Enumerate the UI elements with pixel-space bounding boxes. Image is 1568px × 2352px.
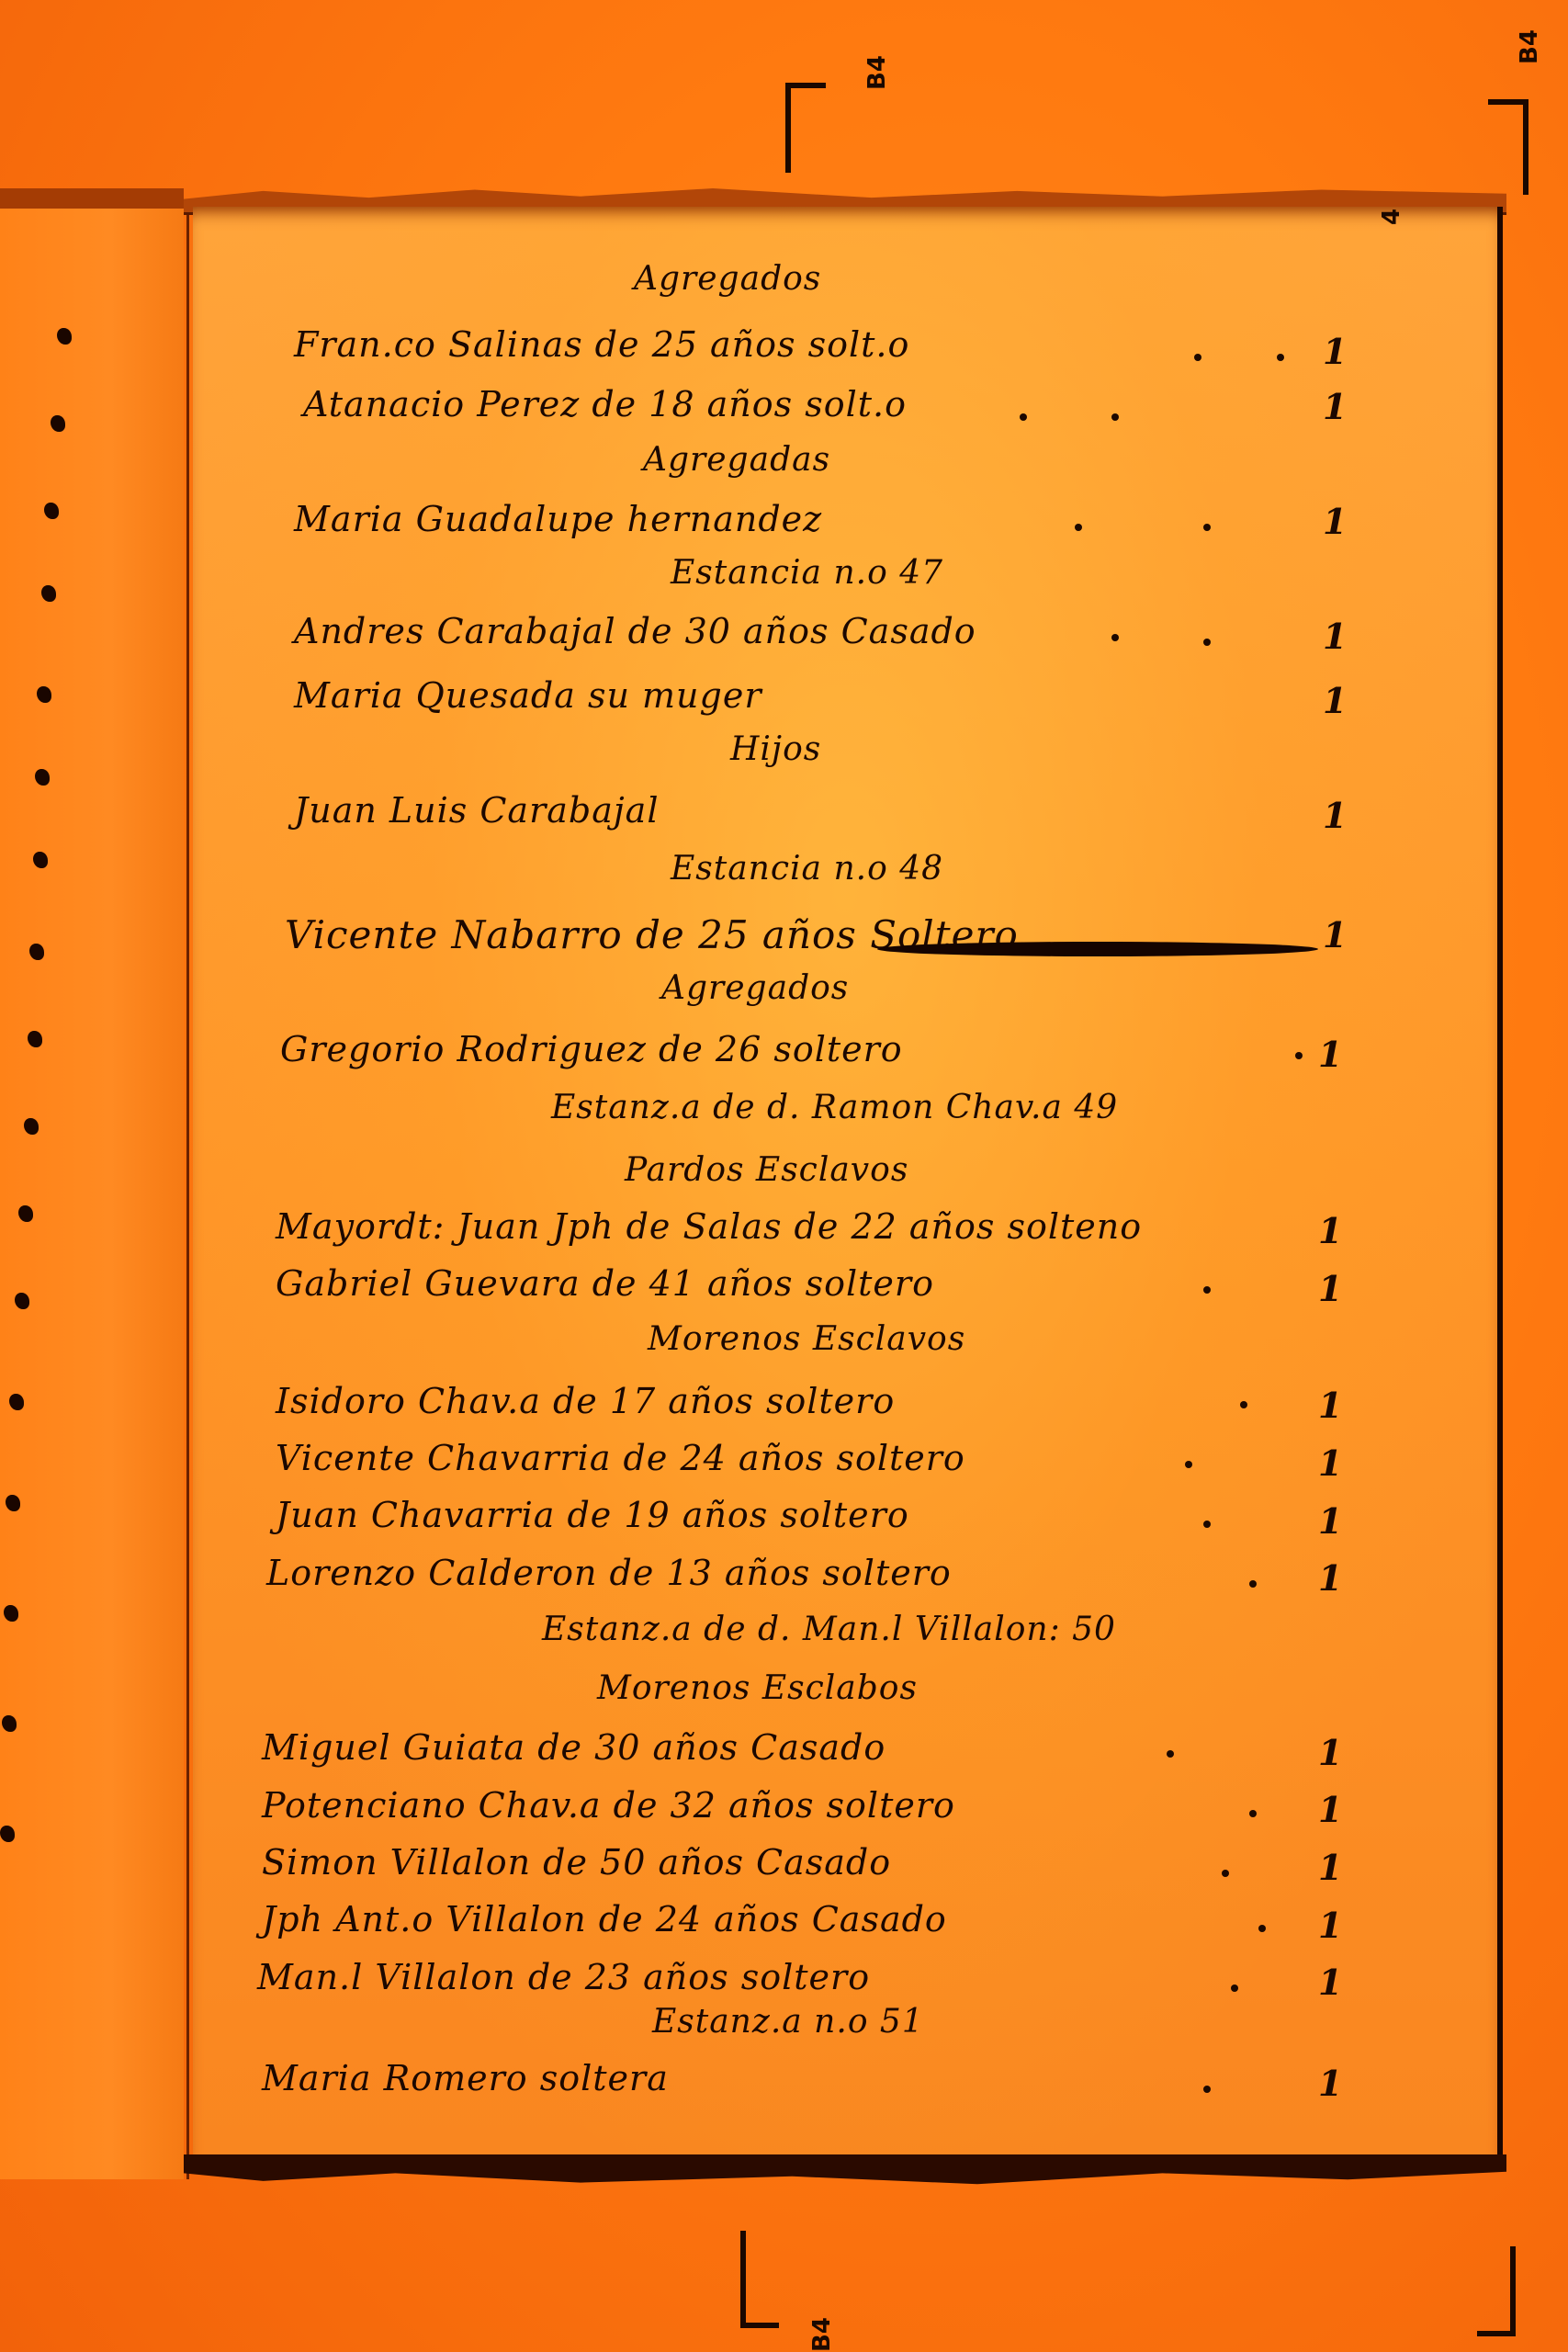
left-page-tally-mark (15, 1293, 29, 1309)
census-entry: Maria Romero soltera (262, 2058, 669, 2098)
tally-mark: 1 (1323, 914, 1347, 955)
census-entry: Jph Ant.o Villalon de 24 años Casado (262, 1899, 947, 1939)
left-page-tally-mark (28, 1031, 42, 1047)
census-entry: Juan Luis Carabajal (294, 790, 659, 831)
section-heading: Agregados (634, 260, 821, 298)
frame-mark-bottom-left (740, 2231, 779, 2328)
ditto-dot (1185, 1461, 1192, 1468)
tally-mark: 1 (1323, 386, 1347, 427)
tally-mark: 1 (1318, 1557, 1342, 1599)
tally-mark: 1 (1318, 1962, 1342, 2003)
ditto-dot (1249, 1810, 1257, 1817)
tally-mark: 1 (1323, 331, 1347, 372)
section-heading: Agregados (661, 969, 849, 1007)
census-entry: Lorenzo Calderon de 13 años soltero (266, 1553, 952, 1593)
tally-mark: 1 (1323, 616, 1347, 657)
census-entry: Man.l Villalon de 23 años soltero (257, 1957, 870, 1997)
frame-mark-top-right (1488, 99, 1529, 195)
tally-mark: 1 (1318, 1385, 1342, 1426)
census-entry: Mayordt: Juan Jph de Salas de 22 años so… (276, 1206, 1142, 1247)
census-entry: Miguel Guiata de 30 años Casado (262, 1727, 886, 1768)
ditto-dot (1111, 413, 1119, 421)
left-page-tally-mark (4, 1605, 18, 1622)
ditto-dot (1249, 1580, 1257, 1588)
census-entry: Fran.co Salinas de 25 años solt.o (294, 324, 909, 365)
left-page-tally-mark (29, 944, 44, 960)
section-heading: Estanz.a de d. Ramon Chav.a 49 (551, 1089, 1118, 1126)
left-page-tally-mark (37, 686, 51, 703)
census-entry: Potenciano Chav.a de 32 años soltero (262, 1785, 955, 1826)
section-heading: Morenos Esclavos (648, 1320, 965, 1358)
left-page-tally-mark (51, 415, 65, 432)
census-entry: Andres Carabajal de 30 años Casado (294, 611, 976, 651)
section-heading: Pardos Esclavos (625, 1151, 908, 1189)
census-entry: Vicente Chavarria de 24 años soltero (276, 1438, 965, 1478)
ditto-dot (1277, 354, 1284, 361)
manuscript-lines: Agregados Fran.co Salinas de 25 años sol… (193, 207, 1497, 2159)
tally-mark: 1 (1318, 1500, 1342, 1542)
left-facing-page (0, 188, 184, 2179)
ditto-dot (1203, 1286, 1211, 1294)
ditto-dot (1194, 354, 1201, 361)
ditto-dot (1075, 524, 1082, 531)
ditto-dot (1295, 1052, 1303, 1059)
page-corner-label: 4 (1378, 209, 1405, 225)
left-page-tally-mark (2, 1715, 17, 1732)
section-heading: Estanz.a n.o 51 (652, 2003, 924, 2041)
left-page-tally-mark (18, 1205, 33, 1222)
ditto-dot (1240, 1401, 1247, 1408)
ditto-dot (1167, 1750, 1174, 1758)
tally-mark: 1 (1318, 1732, 1342, 1773)
ditto-dot (1111, 634, 1119, 641)
census-entry: Maria Guadalupe hernandez (294, 499, 822, 539)
tally-mark: 1 (1323, 501, 1347, 542)
tally-mark: 1 (1323, 680, 1347, 721)
page-bottom-edge (184, 2154, 1506, 2186)
left-page-tally-mark (24, 1118, 39, 1135)
census-entry: Juan Chavarria de 19 años soltero (276, 1495, 909, 1535)
ditto-dot (1231, 1984, 1238, 1992)
left-page-tally-mark (6, 1495, 20, 1511)
section-heading: Hijos (730, 730, 821, 768)
left-page-tally-mark (57, 328, 72, 345)
tally-mark: 1 (1318, 1034, 1342, 1075)
ditto-dot (1203, 524, 1211, 531)
census-entry: Simon Villalon de 50 años Casado (262, 1842, 891, 1883)
frame-label-bottom-left: B4 (808, 2317, 836, 2352)
tally-mark: 1 (1318, 2063, 1342, 2104)
census-entry: Gabriel Guevara de 41 años soltero (276, 1263, 934, 1304)
frame-mark-bottom-right (1477, 2246, 1516, 2336)
left-page-tally-mark (0, 1826, 15, 1842)
section-heading: Morenos Esclabos (597, 1669, 918, 1707)
tally-mark: 1 (1318, 1442, 1342, 1484)
tally-mark: 1 (1323, 795, 1347, 836)
ditto-dot (1203, 639, 1211, 646)
ditto-dot (1203, 2086, 1211, 2093)
section-heading: Estanz.a de d. Man.l Villalon: 50 (542, 1611, 1116, 1648)
left-page-tally-mark (33, 852, 48, 868)
tally-mark: 1 (1318, 1210, 1342, 1251)
manuscript-page: Agregados Fran.co Salinas de 25 años sol… (193, 207, 1503, 2159)
census-entry: Maria Quesada su muger (294, 675, 762, 716)
tally-mark: 1 (1318, 1847, 1342, 1888)
frame-label-top-left: B4 (863, 55, 891, 90)
ink-strikethrough (877, 942, 1318, 956)
ditto-dot (1203, 1521, 1211, 1528)
left-page-tally-mark (41, 585, 56, 602)
ditto-dot (1258, 1925, 1266, 1932)
census-entry: Atanacio Perez de 18 años solt.o (303, 384, 907, 424)
left-page-tally-mark (35, 769, 50, 786)
census-entry: Gregorio Rodriguez de 26 soltero (280, 1029, 903, 1069)
ditto-dot (1222, 1870, 1229, 1877)
tally-mark: 1 (1318, 1905, 1342, 1946)
section-heading: Estancia n.o 48 (671, 850, 943, 888)
tally-mark: 1 (1318, 1268, 1342, 1309)
left-page-tally-mark (9, 1394, 24, 1410)
section-heading: Agregadas (643, 441, 830, 479)
left-page-tally-mark (44, 503, 59, 519)
frame-mark-top-left (785, 83, 826, 173)
frame-label-top-right: B4 (1516, 29, 1543, 64)
page-gutter (186, 209, 189, 2179)
ditto-dot (1020, 413, 1027, 421)
tally-mark: 1 (1318, 1789, 1342, 1830)
census-entry: Isidoro Chav.a de 17 años soltero (276, 1381, 895, 1421)
section-heading: Estancia n.o 47 (671, 554, 943, 592)
